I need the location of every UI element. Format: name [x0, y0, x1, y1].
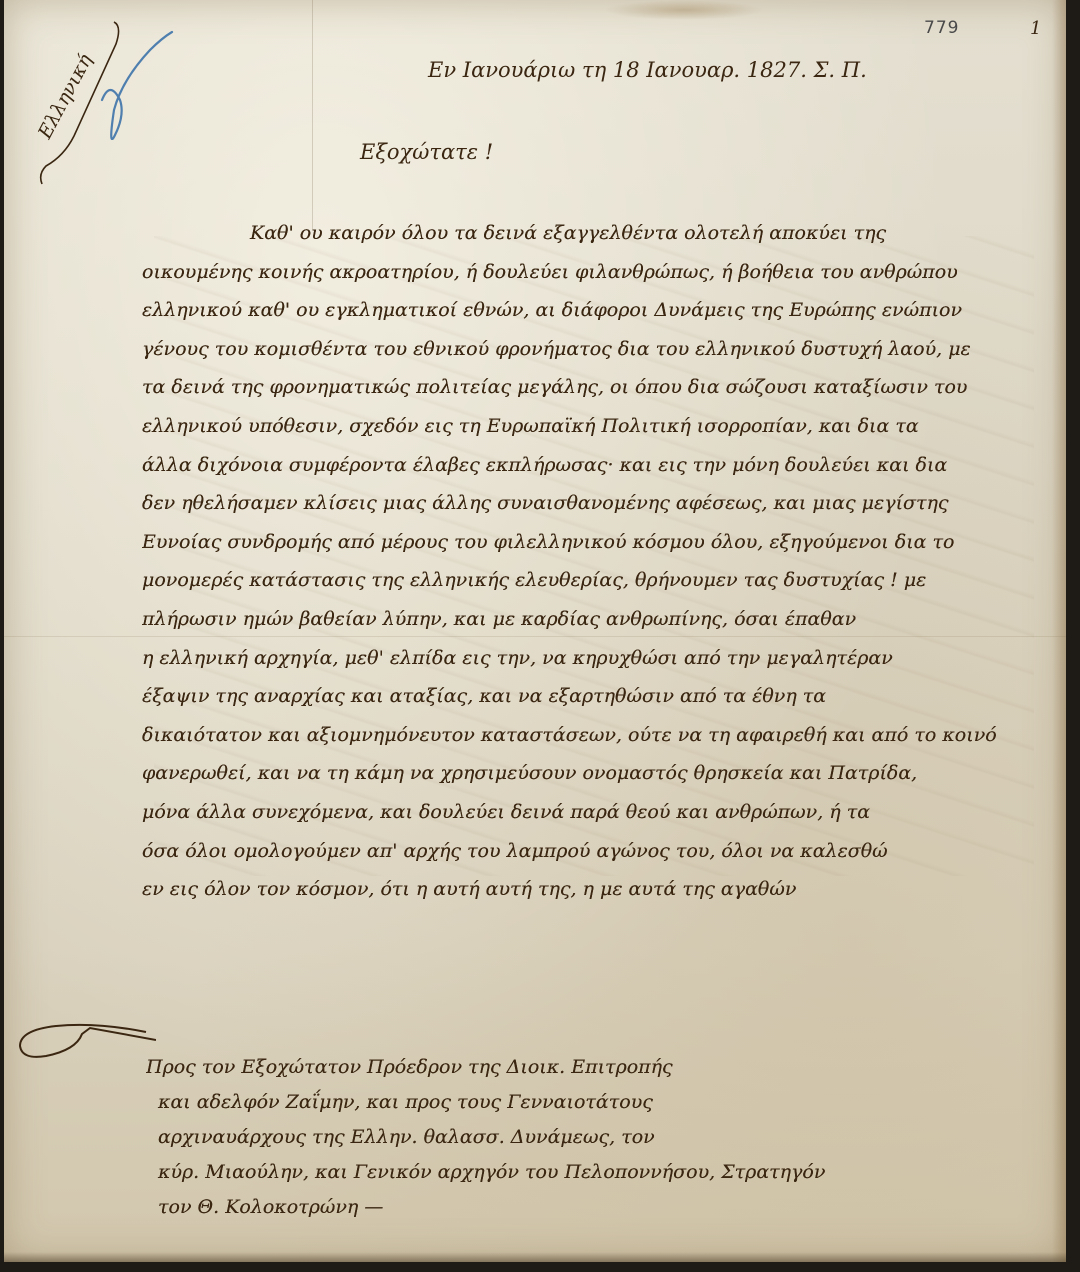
body-line: μονομερές κατάστασις της ελληνικής ελευθ… — [142, 561, 1062, 600]
addressee-block: Προς τον Εξοχώτατον Πρόεδρον της Διοικ. … — [146, 1050, 825, 1225]
folio-number: 1 — [1030, 18, 1041, 39]
body-line: ελληνικού καθ' ου εγκληματικοί εθνών, αι… — [142, 291, 1062, 330]
dateline: Εν Ιανουάριω τη 18 Ιανουαρ. 1827. Σ. Π. — [428, 58, 867, 82]
manuscript-page: 779 1 Ελληνική Εν Ιανουάριω τη 18 Ιανουα… — [4, 0, 1066, 1262]
addressee-line: και αδελφόν Ζαΐμην, και προς τους Γενναι… — [146, 1085, 825, 1120]
body-line: έξαψιν της αναρχίας και αταξίας, και να … — [142, 677, 1062, 716]
body-line: οικουμένης κοινής ακροατηρίου, ή δουλεύε… — [142, 253, 1062, 292]
body-line: γένους του κομισθέντα του εθνικού φρονήμ… — [142, 330, 1062, 369]
paper-fold-vertical — [312, 0, 313, 230]
body-line: άλλα διχόνοια συμφέροντα έλαβες εκπλήρωσ… — [142, 446, 1062, 485]
body-line: φανερωθεί, και να τη κάμη να χρησιμεύσου… — [142, 754, 1062, 793]
salutation: Εξοχώτατε ! — [360, 140, 493, 164]
paper-stain — [604, 0, 764, 20]
archive-number: 779 — [924, 18, 959, 38]
addressee-line: αρχιναυάρχους της Ελλην. θαλασσ. Δυνάμεω… — [146, 1120, 825, 1155]
body-line: όσα όλοι ομολογούμεν απ' αρχής του λαμπρ… — [142, 832, 1062, 871]
letter-body: Καθ' ου καιρόν όλου τα δεινά εξαγγελθέντ… — [142, 214, 1062, 909]
body-line: πλήρωσιν ημών βαθείαν λύπην, και με καρδ… — [142, 600, 1062, 639]
paper-edge-bottom — [4, 1252, 1066, 1262]
body-line: Καθ' ου καιρόν όλου τα δεινά εξαγγελθέντ… — [142, 214, 1062, 253]
addressee-line: τον Θ. Κολοκοτρώνη — — [146, 1190, 825, 1225]
body-line: τα δεινά της φρονηματικώς πολιτείας μεγά… — [142, 368, 1062, 407]
body-line: δεν ηθελήσαμεν κλίσεις μιας άλλης συναισ… — [142, 484, 1062, 523]
body-line: η ελληνική αρχηγία, μεθ' ελπίδα εις την,… — [142, 639, 1062, 678]
body-line: δικαιότατον και αξιομνημόνευτον καταστάσ… — [142, 716, 1062, 755]
addressee-line: Προς τον Εξοχώτατον Πρόεδρον της Διοικ. … — [146, 1050, 825, 1085]
addressee-line: κύρ. Μιαούλην, και Γενικόν αρχηγόν του Π… — [146, 1155, 825, 1190]
body-line: Ευνοίας συνδρομής από μέρους του φιλελλη… — [142, 523, 1062, 562]
blue-pencil-mark-icon — [100, 30, 180, 140]
body-line: μόνα άλλα συνεχόμενα, και δουλεύει δεινά… — [142, 793, 1062, 832]
addressee-flourish-icon — [16, 1020, 156, 1070]
body-line: εν εις όλον τον κόσμον, ότι η αυτή αυτή … — [142, 870, 1062, 909]
body-line: ελληνικού υπόθεσιν, σχεδόν εις τη Ευρωπα… — [142, 407, 1062, 446]
